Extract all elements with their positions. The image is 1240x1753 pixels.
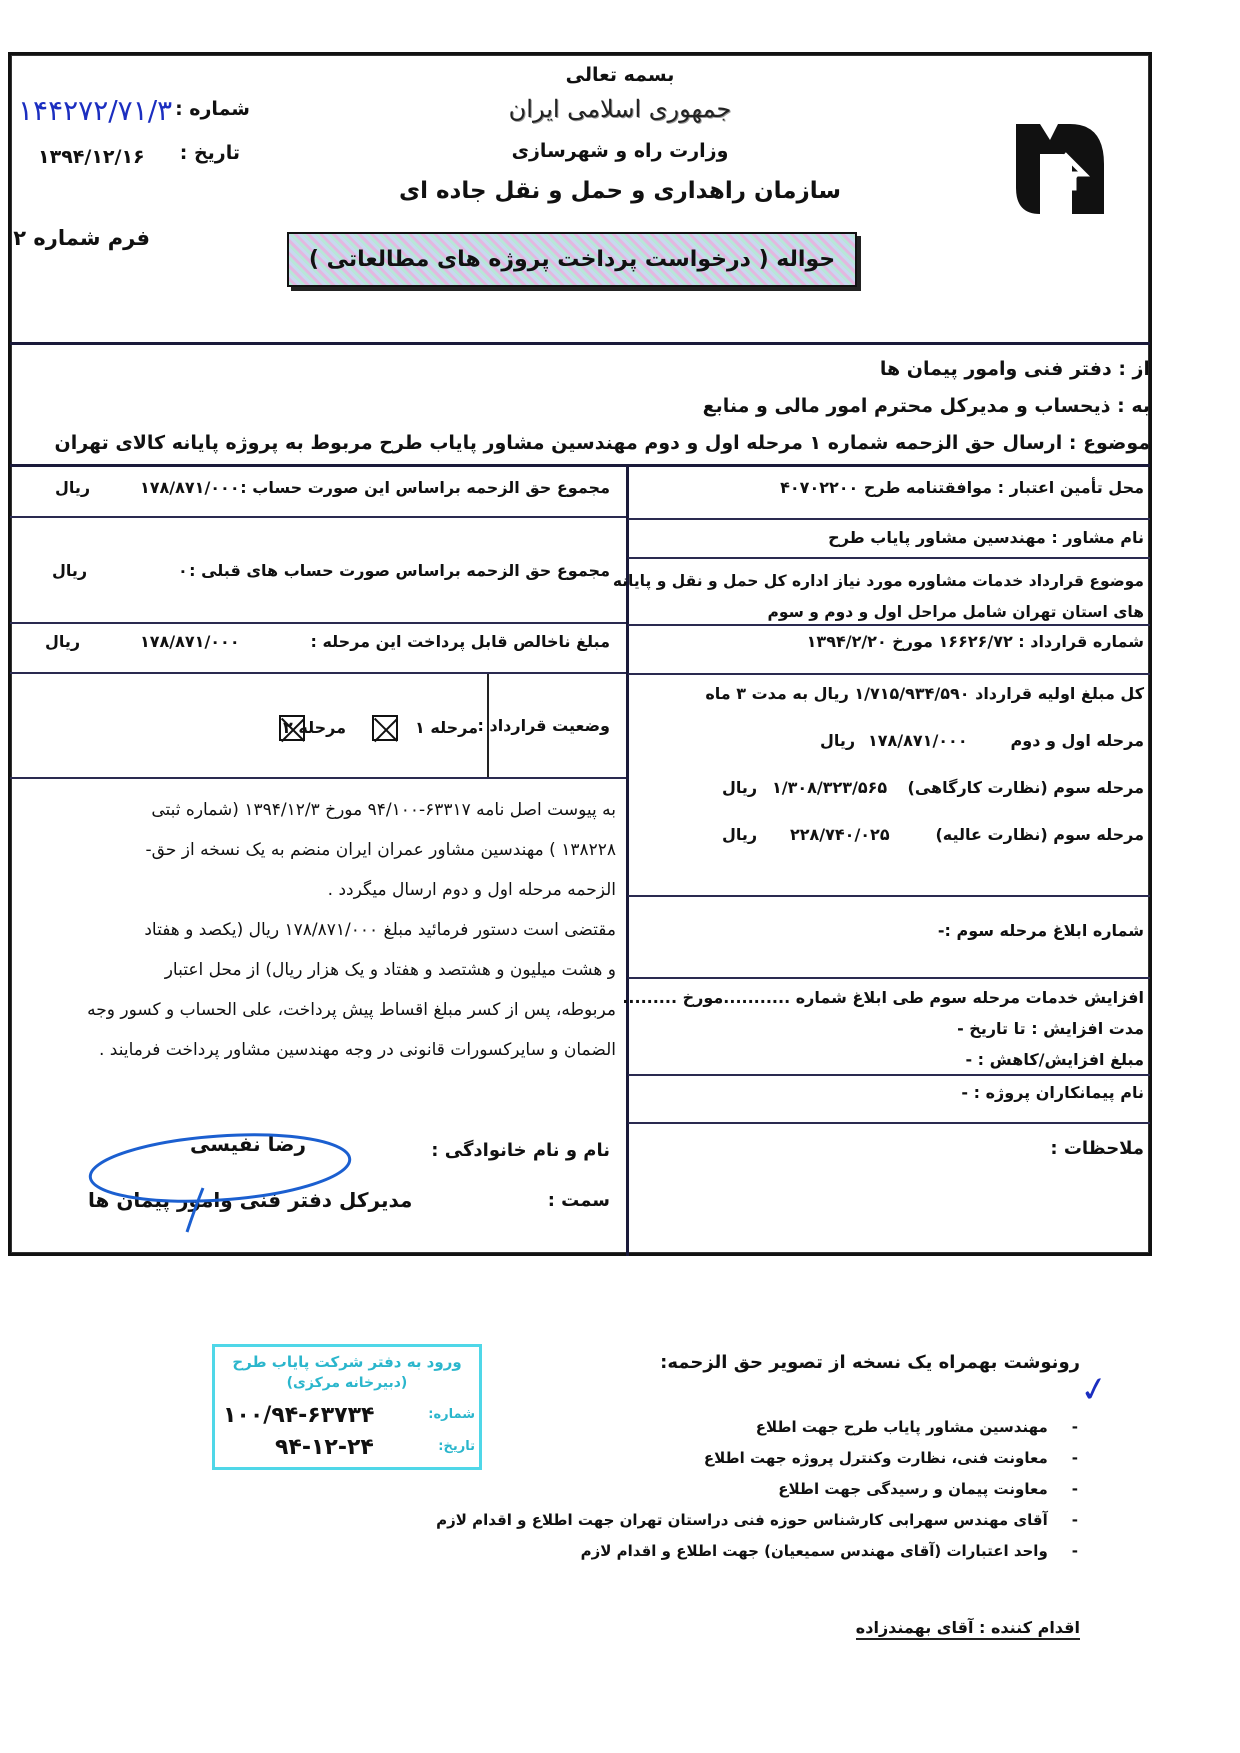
bismillah: بسمه تعالی bbox=[0, 64, 1240, 87]
divider bbox=[10, 672, 626, 674]
body-line: الزحمه مرحله اول و دوم ارسال میگردد . bbox=[18, 870, 616, 910]
divider bbox=[10, 516, 626, 518]
contract-total: کل مبلغ اولیه قرارداد ۱/۷۱۵/۹۳۴/۵۹۰ ریال… bbox=[705, 684, 1144, 703]
body-line: ۱۳۸۲۲۸ ) مهندسین مشاور عمران ایران منضم … bbox=[18, 830, 616, 870]
divider bbox=[628, 1122, 1150, 1124]
body-line: الضمان و سایرکسورات قانونی در وجه مهندسی… bbox=[18, 1030, 616, 1070]
funding-source: محل تأمین اعتبار : موافقتنامه طرح ۴۰۷۰۲۲… bbox=[780, 478, 1144, 497]
stamp-line2: (دبیرخانه مرکزی) bbox=[215, 1375, 479, 1391]
stage3-high-value: ۲۲۸/۷۴۰/۰۲۵ bbox=[790, 825, 890, 844]
divider bbox=[10, 464, 1150, 467]
contractors: نام پیمانکاران پروژه : - bbox=[961, 1083, 1144, 1102]
contract-number: شماره قرارداد : ۱۶۶۲۶/۷۲ مورخ ۱۳۹۴/۲/۲۰ bbox=[807, 632, 1144, 651]
cc-item: -مهندسین مشاور پایاب طرح جهت اطلاع bbox=[436, 1412, 1078, 1443]
gross-payable-value: ۱۷۸/۸۷۱/۰۰۰ bbox=[140, 632, 240, 651]
divider bbox=[628, 895, 1150, 897]
letter-number: ۱۴۴۲۷۲/۷۱/۳ bbox=[18, 94, 172, 128]
stamp-date: ۹۴-۱۲-۲۴ bbox=[275, 1435, 374, 1460]
stage12-unit: ریال bbox=[820, 731, 855, 750]
fee-previous-label: مجموع حق الزحمه براساس صورت حساب های قبل… bbox=[0, 561, 610, 580]
body-line: به پیوست اصل نامه ۶۳۳۱۷-۹۴/۱۰۰ مورخ ۱۳۹۴… bbox=[18, 790, 616, 830]
stage3-notice: شماره ابلاغ مرحله سوم :- bbox=[938, 921, 1144, 940]
request-body: به پیوست اصل نامه ۶۳۳۱۷-۹۴/۱۰۰ مورخ ۱۳۹۴… bbox=[18, 790, 616, 1070]
stamp-line1: ورود به دفتر شرکت پایاب طرح bbox=[215, 1353, 479, 1371]
contract-subject-line: موضوع قرارداد خدمات مشاوره مورد نیاز ادا… bbox=[639, 566, 1144, 597]
stage3-high-unit: ریال bbox=[722, 825, 757, 844]
body-line: و هشت میلیون و هشتصد و هفتاد و یک هزار ر… bbox=[18, 950, 616, 990]
letter-date: ۱۳۹۴/۱۲/۱۶ bbox=[38, 146, 145, 169]
body-line: مقتضی است دستور فرمائید مبلغ ۱۷۸/۸۷۱/۰۰۰… bbox=[18, 910, 616, 950]
form-title-banner: حواله ( درخواست پرداخت پروژه های مطالعات… bbox=[287, 232, 857, 287]
to-line: به : ذیحساب و مدیرکل محترم امور مالی و م… bbox=[703, 395, 1150, 418]
signer-name-label: نام و نام خانوادگی : bbox=[380, 1140, 610, 1162]
contract-subject: موضوع قرارداد خدمات مشاوره مورد نیاز ادا… bbox=[639, 566, 1144, 628]
divider bbox=[628, 557, 1150, 559]
fee-previous-value: ۰ bbox=[178, 561, 188, 580]
stage1-label: مرحله ۱ bbox=[400, 718, 478, 737]
from-line: از : دفتر فنی وامور پیمان ها bbox=[880, 358, 1150, 381]
date-label: تاریخ : bbox=[160, 142, 240, 165]
form-number: فرم شماره ۲ bbox=[20, 226, 150, 251]
cc-item: -واحد اعتبارات (آقای مهندس سمیعیان) جهت … bbox=[436, 1536, 1078, 1567]
divider bbox=[10, 342, 1150, 345]
increase-services: افزایش خدمات مرحله سوم طی ابلاغ شماره ..… bbox=[622, 988, 1144, 1007]
cc-item: -آقای مهندس سهرابی کارشناس حوزه فنی دراس… bbox=[436, 1505, 1078, 1536]
stage12-label: مرحله اول و دوم bbox=[1011, 731, 1144, 750]
remarks-label: ملاحظات : bbox=[1050, 1138, 1144, 1160]
cc-item: -معاونت فنی، نظارت وکنترل پروژه جهت اطلا… bbox=[436, 1443, 1078, 1474]
rmto-logo-icon bbox=[1010, 118, 1110, 218]
form-title: حواله ( درخواست پرداخت پروژه های مطالعات… bbox=[309, 247, 835, 272]
gross-payable-unit: ریال bbox=[45, 632, 80, 651]
divider bbox=[628, 673, 1150, 675]
divider bbox=[10, 622, 626, 624]
number-label: شماره : bbox=[170, 98, 250, 121]
increase-amount: مبلغ افزایش/کاهش : - bbox=[965, 1050, 1144, 1069]
stage3-high-label: مرحله سوم (نظارت عالیه) bbox=[935, 825, 1144, 844]
cc-list: -مهندسین مشاور پایاب طرح جهت اطلاع -معاو… bbox=[436, 1412, 1078, 1567]
divider bbox=[628, 624, 1150, 626]
consultant-name: نام مشاور : مهندسین مشاور پایاب طرح bbox=[828, 528, 1144, 547]
cc-title: رونوشت بهمراه یک نسخه از تصویر حق الزحمه… bbox=[660, 1352, 1080, 1374]
subject-line: موضوع : ارسال حق الزحمه شماره ۱ مرحله او… bbox=[55, 432, 1151, 455]
fee-this-invoice-unit: ریال bbox=[55, 478, 90, 497]
body-line: مربوطه، پس از کسر مبلغ اقساط پیش پرداخت،… bbox=[18, 990, 616, 1030]
stage3-site-label: مرحله سوم (نظارت کارگاهی) bbox=[908, 778, 1144, 797]
contract-status-label: وضعیت قرارداد : bbox=[495, 716, 610, 735]
fee-this-invoice-value: ۱۷۸/۸۷۱/۰۰۰ bbox=[140, 478, 240, 497]
stage12-value: ۱۷۸/۸۷۱/۰۰۰ bbox=[868, 731, 968, 750]
action-by: اقدام کننده : آقای بهمندزاده bbox=[856, 1618, 1080, 1640]
stage2-checkbox[interactable] bbox=[279, 715, 305, 741]
stage1-checkbox[interactable] bbox=[372, 715, 398, 741]
stage3-site-unit: ریال bbox=[722, 778, 757, 797]
divider bbox=[628, 1074, 1150, 1076]
checkmark-icon: ✓ bbox=[1077, 1368, 1112, 1412]
gross-payable-label: مبلغ ناخالص قابل پرداخت این مرحله : bbox=[0, 632, 610, 651]
increase-duration: مدت افزایش : تا تاریخ - bbox=[957, 1019, 1144, 1038]
fee-previous-unit: ریال bbox=[52, 561, 87, 580]
signature-scribble-icon bbox=[75, 1128, 355, 1238]
fee-this-invoice-label: مجموع حق الزحمه براساس این صورت حساب : bbox=[0, 478, 610, 497]
divider bbox=[628, 518, 1150, 520]
cc-item: -معاونت پیمان و رسیدگی جهت اطلاع bbox=[436, 1474, 1078, 1505]
signer-position-label: سمت : bbox=[500, 1190, 610, 1212]
divider bbox=[10, 777, 626, 779]
stamp-number: ۱۰۰/۹۴-۶۳۷۳۴ bbox=[223, 1403, 374, 1428]
stage3-site-value: ۱/۳۰۸/۳۲۳/۵۶۵ bbox=[772, 778, 887, 797]
divider bbox=[628, 977, 1150, 979]
